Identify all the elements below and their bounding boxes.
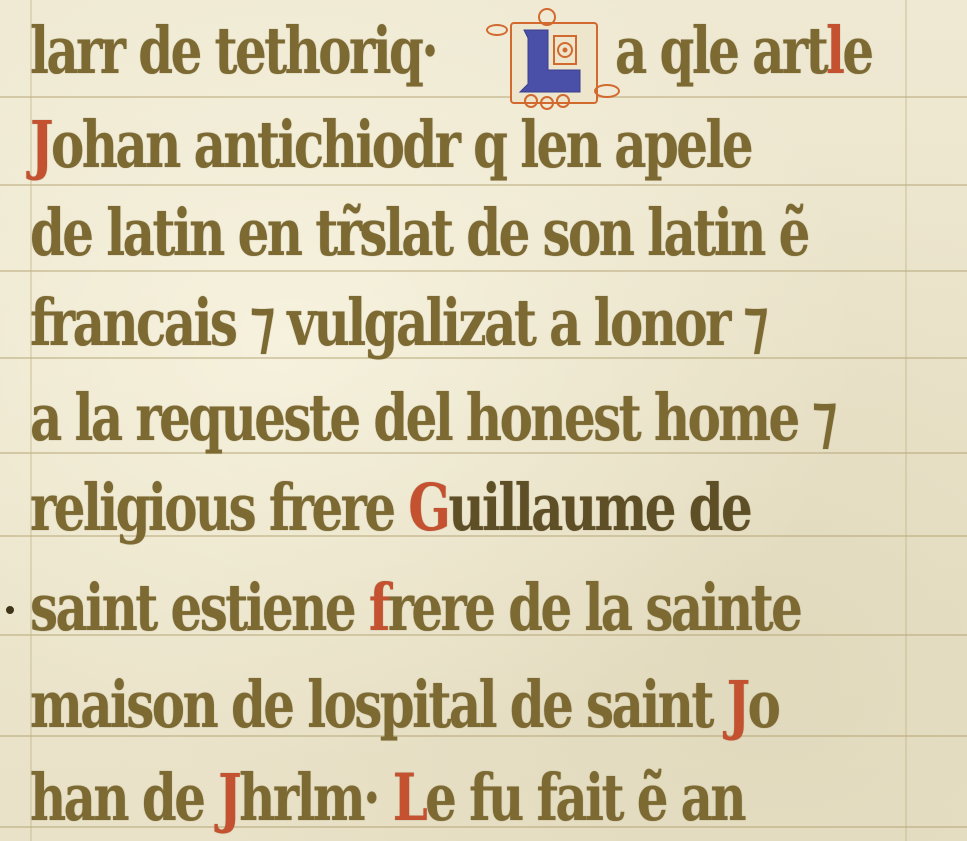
text-segment: a la requeste del honest home ⁊ (30, 379, 835, 455)
text-line-9: han de Jhrlm· Le fu fait ẽ an (30, 765, 744, 830)
text-line-3: de latin en tr̃slat de son latin ẽ (30, 200, 808, 265)
penwork-flourish (594, 84, 620, 98)
text-segment: rere de la sainte (388, 569, 801, 645)
decorated-initial-L (488, 14, 620, 108)
rubric-letter: J (30, 106, 51, 182)
ruling-line (0, 96, 967, 98)
text-segment: han de (30, 759, 218, 835)
text-segment: maison de lospital de saint (30, 666, 727, 742)
text-line-2: Johan antichiodr q len apele (30, 112, 751, 177)
text-segment: e fu fait ẽ an (425, 759, 744, 835)
rubric-letter: L (393, 759, 425, 835)
text-segment: religious frere (30, 469, 408, 545)
text-segment: e (842, 12, 871, 88)
text-segment: a qle art (615, 12, 826, 88)
text-segment: o (748, 666, 779, 742)
text-line-8: maison de lospital de saint Jo (30, 672, 778, 737)
rubric-letter: G (408, 469, 448, 545)
text-segment: larr de tethoriq· (30, 12, 436, 88)
text-line-4: francais ⁊ vulgalizat a lonor ⁊ (30, 290, 766, 355)
text-segment: de latin en tr̃slat de son latin ẽ (30, 194, 808, 270)
margin-ruling-line (905, 0, 907, 841)
text-line-6: religious frere Guillaume de (30, 475, 750, 540)
rubric-letter: J (218, 759, 239, 835)
text-segment: ohan antichiodr q len apele (51, 106, 751, 182)
penwork-flourish (538, 8, 556, 26)
text-segment: uillaume de (448, 469, 750, 545)
initial-letter-L-icon (518, 26, 586, 96)
text-segment: hrlm· (239, 759, 393, 835)
margin-punctus (4, 604, 15, 615)
text-line-1: larr de tethoriq· (30, 18, 436, 83)
ruling-line (0, 184, 967, 186)
rubric-letter: l (826, 12, 842, 88)
penwork-flourish (486, 24, 508, 36)
text-line-7: saint estiene frere de la sainte (30, 575, 800, 640)
rubric-letter: J (727, 666, 748, 742)
text-line-1-continued: a qle artle (615, 18, 872, 83)
manuscript-page: larr de tethoriq· a qle artle Johan anti… (0, 0, 967, 841)
text-line-5: a la requeste del honest home ⁊ (30, 385, 835, 450)
rubric-letter: f (369, 569, 388, 645)
text-segment: saint estiene (30, 569, 369, 645)
text-segment: francais ⁊ vulgalizat a lonor ⁊ (30, 284, 766, 360)
